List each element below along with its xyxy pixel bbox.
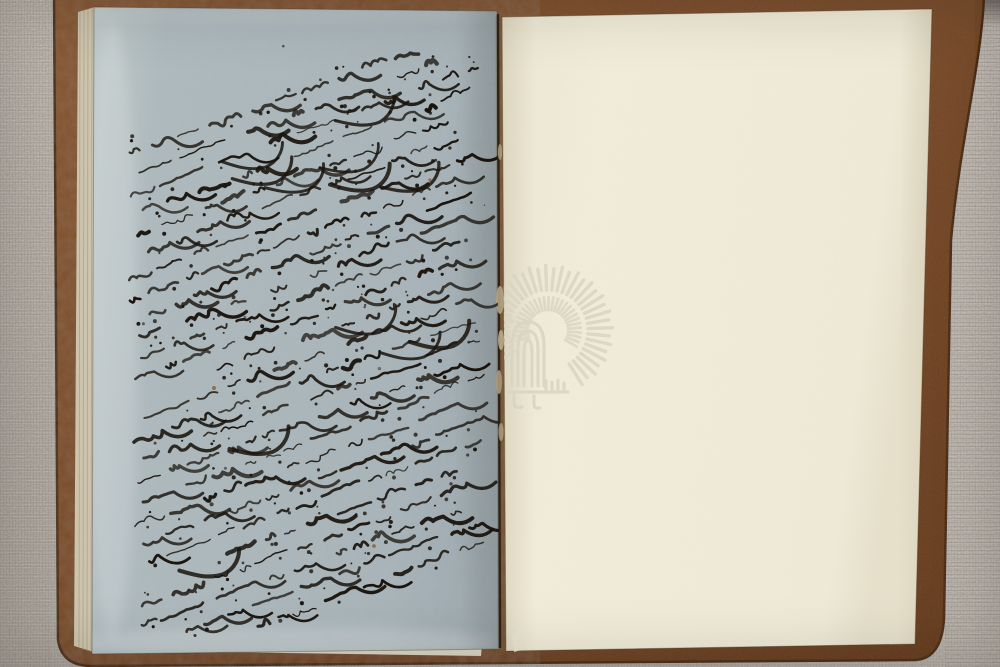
paper-grain-texture xyxy=(502,9,932,651)
photo-scene xyxy=(0,0,1000,667)
right-page xyxy=(502,9,932,651)
manuscript-book xyxy=(0,0,1000,667)
